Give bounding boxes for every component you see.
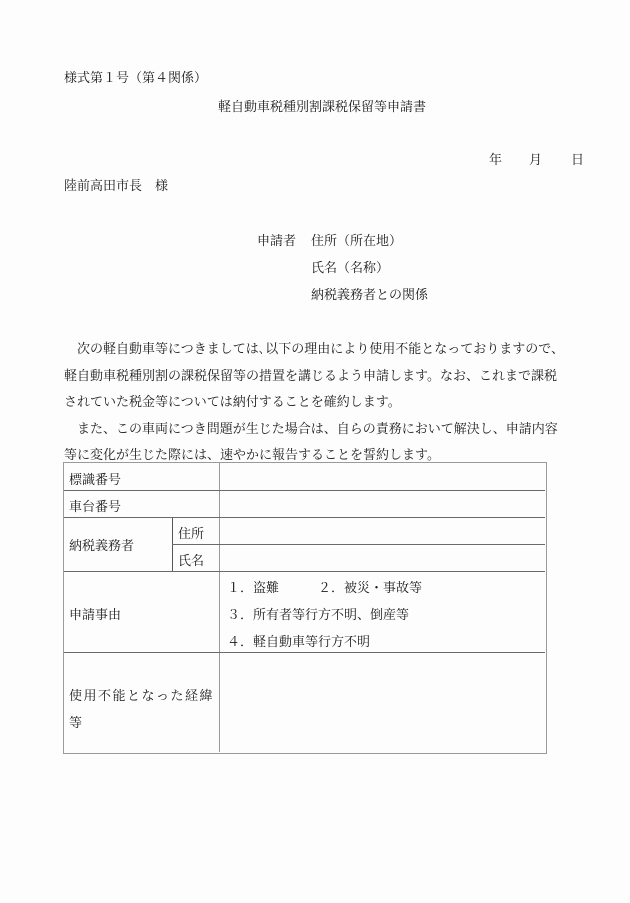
taxpayer-address-label: 住所 bbox=[178, 528, 204, 541]
applicant-name-label: 氏名（名称） bbox=[311, 262, 389, 275]
date-month-label: 月 bbox=[529, 154, 542, 167]
document-title: 軽自動車税種別割課税保留等申請書 bbox=[218, 101, 426, 114]
date-day-label: 日 bbox=[571, 154, 584, 167]
addressee: 陸前高田市長 様 bbox=[64, 180, 168, 193]
taxpayer-label: 納税義務者 bbox=[69, 540, 134, 553]
reason-option[interactable]: １．盗難 ２．被災・事故等 bbox=[227, 582, 422, 595]
taxpayer-name-label: 氏名 bbox=[178, 555, 204, 568]
circumstances-field[interactable] bbox=[221, 653, 545, 752]
applicant-address-label: 住所（所在地） bbox=[311, 235, 402, 248]
chassis-number-field[interactable] bbox=[221, 491, 545, 517]
applicant-relation-label: 納税義務者との関係 bbox=[311, 289, 428, 302]
reason-label: 申請事由 bbox=[69, 609, 121, 622]
plate-number-label: 標識番号 bbox=[69, 474, 121, 487]
form-number: 様式第１号（第４関係） bbox=[64, 72, 207, 85]
circumstances-label-line1: 使用不能となった経緯 bbox=[69, 690, 214, 703]
date-year-label: 年 bbox=[489, 154, 502, 167]
body-paragraph-line: 等に変化が生じた際には、速やかに報告することを誓約します。 bbox=[64, 449, 440, 462]
reason-option[interactable]: ４．軽自動車等行方不明 bbox=[227, 636, 370, 649]
column-divider bbox=[219, 463, 220, 752]
taxpayer-subdivider bbox=[172, 518, 173, 572]
reason-option[interactable]: ３．所有者等行方不明、倒産等 bbox=[227, 609, 409, 622]
taxpayer-address-field[interactable] bbox=[221, 518, 545, 544]
body-paragraph-line: また、この車両につき問題が生じた場合は、自らの責務において解決し、申請内容 bbox=[64, 423, 558, 436]
body-paragraph-line: されていた税金等については納付することを確約します。 bbox=[64, 396, 401, 409]
plate-number-field[interactable] bbox=[221, 463, 545, 490]
applicant-label: 申請者 bbox=[257, 235, 296, 248]
taxpayer-name-field[interactable] bbox=[221, 545, 545, 571]
circumstances-label-line2: 等 bbox=[69, 717, 82, 730]
chassis-number-label: 車台番号 bbox=[69, 501, 121, 514]
application-form-table: 標識番号 車台番号 納税義務者 住所 氏名 申請事由 １．盗難 ２．被災・事故等… bbox=[63, 462, 547, 754]
body-paragraph-line: 次の軽自動車等につきましては､以下の理由により使用不能となっておりますので、 bbox=[64, 343, 564, 356]
row-divider bbox=[64, 571, 545, 572]
body-paragraph-line: 軽自動車税種別割の課税保留等の措置を講じるよう申請します。なお、これまで課税 bbox=[64, 370, 557, 383]
